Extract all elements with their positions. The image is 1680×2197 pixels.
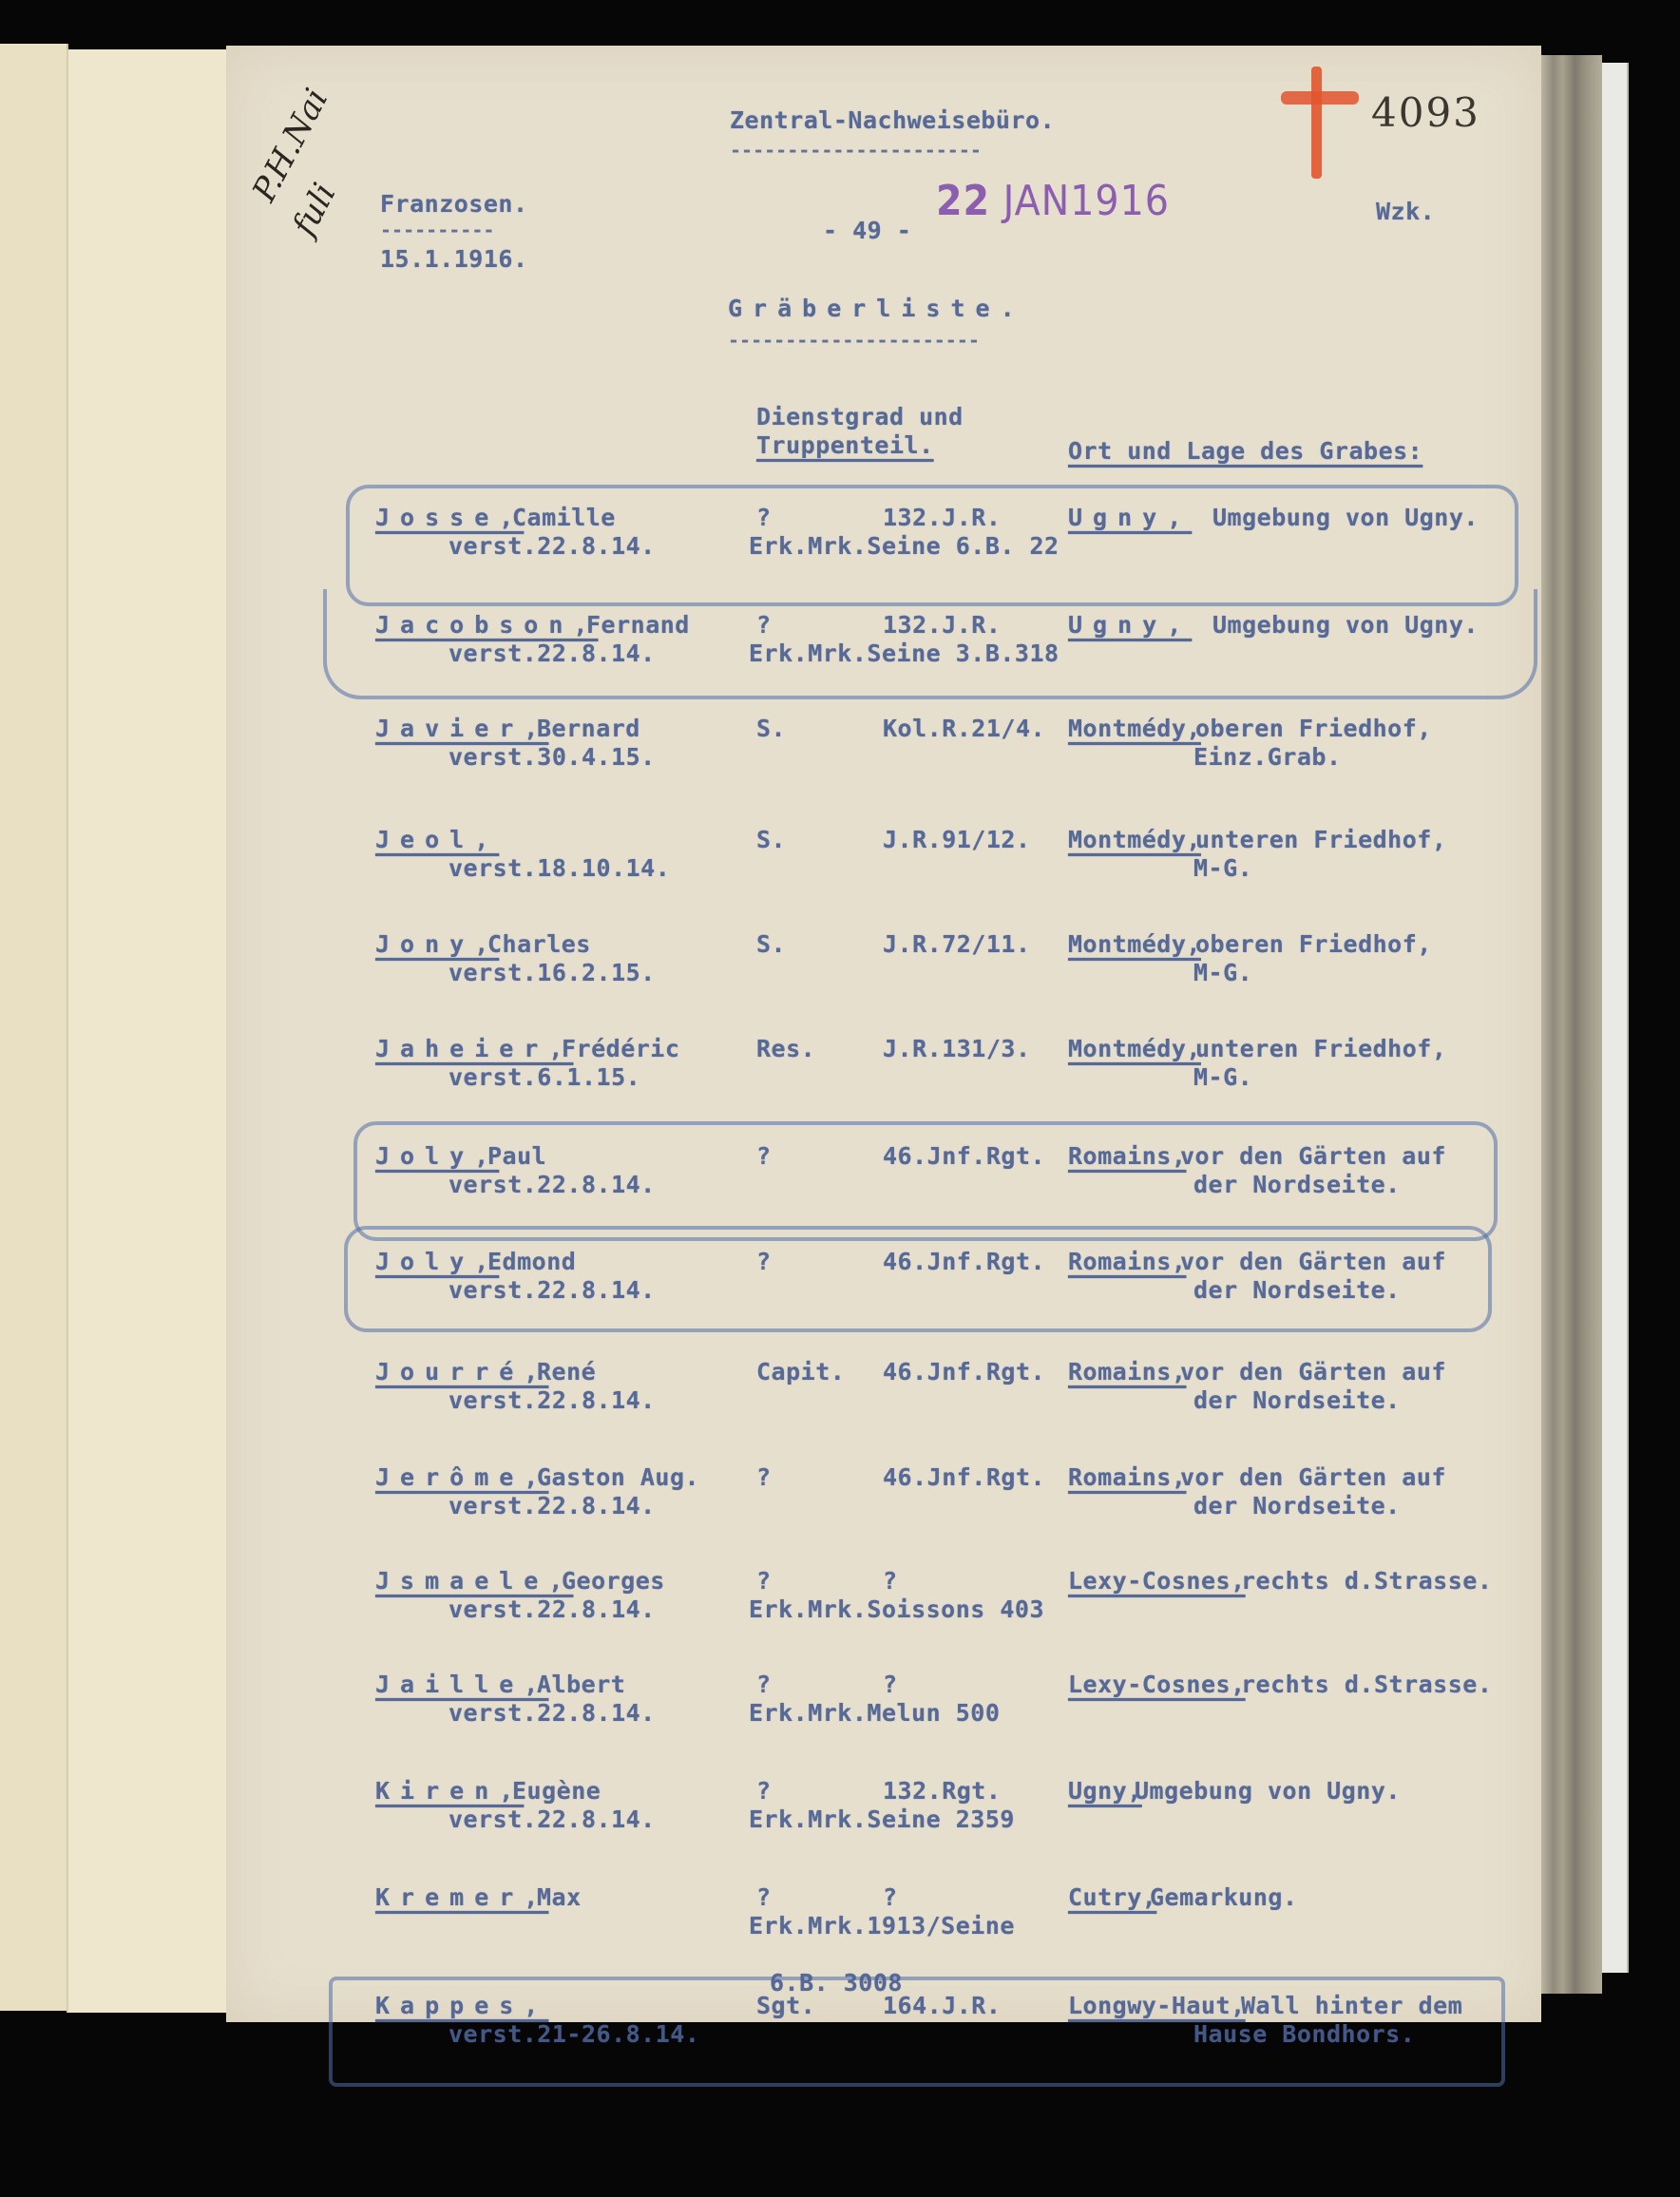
entry-unit: J.R.72/11. (883, 930, 1031, 958)
entry-surname: Joly, (375, 1248, 499, 1275)
entry-place-detail-2: der Nordseite. (1193, 1386, 1401, 1414)
entry-death-date: verst.22.8.14. (449, 532, 656, 560)
stamp-month-year: JAN1916 (1003, 177, 1170, 225)
entry-rank: ? (756, 504, 772, 531)
entry-place: Ugny, (1068, 1777, 1142, 1805)
stamp-day: 22 (936, 177, 990, 225)
entry-death-date: verst.22.8.14. (449, 1276, 656, 1304)
entry-surname: Jsmaele, (375, 1567, 573, 1595)
entry-place-detail: Gemarkung. (1150, 1883, 1298, 1911)
entry-place-detail-2: der Nordseite. (1193, 1492, 1401, 1519)
entry-identity-tag: Erk.Mrk.1913/Seine (749, 1912, 1015, 1939)
entry-place-detail: Umgebung von Ugny. (1135, 1777, 1401, 1805)
entry-unit: Kol.R.21/4. (883, 715, 1045, 742)
entry-place: Romains, (1068, 1142, 1186, 1170)
entry-place-detail-2: M-G. (1193, 1063, 1252, 1091)
entry-place-detail-2: der Nordseite. (1193, 1276, 1401, 1304)
page-stack-edge (1541, 55, 1602, 1994)
entry-unit: J.R.131/3. (883, 1035, 1031, 1062)
entry-unit: ? (883, 1671, 898, 1698)
entry-rank: ? (756, 1883, 772, 1911)
entry-unit: J.R.91/12. (883, 826, 1031, 853)
nationality-label: Franzosen. (380, 190, 528, 218)
entry-surname: Josse, (375, 504, 524, 531)
entry-place-detail: vor den Gärten auf (1180, 1358, 1446, 1385)
office-title-underline: ---------------------- (730, 139, 982, 162)
entry-death-date: verst.22.8.14. (449, 1171, 656, 1198)
entry-place: Cutry, (1068, 1883, 1156, 1911)
list-date: 15.1.1916. (380, 245, 528, 273)
entry-rank: ? (756, 1142, 772, 1170)
entry-rank: ? (756, 1463, 772, 1491)
entry-place-detail: Umgebung von Ugny. (1212, 611, 1479, 639)
archive-number: 4093 (1371, 89, 1480, 136)
entry-unit: 132.J.R. (883, 504, 1001, 531)
list-title-underline: ---------------------- (728, 329, 980, 352)
column-header-rank-unit-2: Truppenteil. (756, 431, 934, 459)
entry-death-date: verst.16.2.15. (449, 959, 656, 986)
entry-rank: S. (756, 930, 786, 958)
entry-unit: 46.Jnf.Rgt. (883, 1248, 1045, 1275)
entry-rank: ? (756, 611, 772, 639)
office-code: Wzk. (1376, 198, 1435, 225)
entry-place-detail: rechts d.Strasse. (1241, 1567, 1492, 1595)
entry-rank: ? (756, 1777, 772, 1805)
entry-rank: Sgt. (756, 1992, 815, 2019)
entry-identity-tag: Erk.Mrk.Seine 3.B.318 (749, 640, 1060, 667)
entry-place-detail: oberen Friedhof, (1195, 715, 1432, 742)
entry-place-detail: rechts d.Strasse. (1241, 1671, 1492, 1698)
entry-surname: Joly, (375, 1142, 499, 1170)
entry-given-name: Edmond (487, 1248, 576, 1275)
entry-place: Lexy-Cosnes, (1068, 1567, 1246, 1595)
entry-place: Montmédy, (1068, 826, 1201, 853)
entry-death-date: verst.21-26.8.14. (449, 2020, 699, 2048)
entry-place: Montmédy, (1068, 930, 1201, 958)
entry-surname: Kiren, (375, 1777, 524, 1805)
office-title: Zentral-Nachweisebüro. (730, 106, 1055, 134)
entry-place-detail: vor den Gärten auf (1180, 1142, 1446, 1170)
entry-place-detail-2: der Nordseite. (1193, 1171, 1401, 1198)
entry-death-date: verst.18.10.14. (449, 854, 670, 882)
red-cross-icon (1311, 67, 1322, 179)
entry-place: Romains, (1068, 1248, 1186, 1275)
entry-rank: S. (756, 715, 786, 742)
entry-unit: 164.J.R. (883, 1992, 1001, 2019)
entry-place-detail: Wall hinter dem (1241, 1992, 1462, 2019)
entry-unit: 46.Jnf.Rgt. (883, 1463, 1045, 1491)
nationality-underline: ---------- (380, 219, 494, 241)
entry-given-name: Albert (537, 1671, 625, 1698)
entry-surname: Jaille, (375, 1671, 548, 1698)
column-header-rank-unit-1: Dienstgrad und (756, 403, 964, 430)
page-marker: - 49 - (823, 217, 911, 244)
entry-place-detail-2: M-G. (1193, 854, 1252, 882)
entry-death-date: verst.22.8.14. (449, 1805, 656, 1833)
entry-surname: Javier, (375, 715, 548, 742)
entry-given-name: Paul (487, 1142, 546, 1170)
entry-given-name: Frédéric (562, 1035, 679, 1062)
entry-surname: Jaheier, (375, 1035, 573, 1062)
entry-place-detail-2: Einz.Grab. (1193, 743, 1342, 771)
entry-place: Longwy-Haut, (1068, 1992, 1246, 2019)
entry-unit: 132.J.R. (883, 611, 1001, 639)
entry-place: Romains, (1068, 1358, 1186, 1385)
entry-given-name: René (537, 1358, 596, 1385)
entry-death-date: verst.22.8.14. (449, 1595, 656, 1623)
entry-identity-tag: Erk.Mrk.Melun 500 (749, 1699, 1000, 1727)
entry-given-name: Max (537, 1883, 582, 1911)
entry-place-detail: vor den Gärten auf (1180, 1463, 1446, 1491)
red-cross-icon-bar (1281, 91, 1359, 105)
entry-death-date: verst.30.4.15. (449, 743, 656, 771)
list-title: Gräberliste. (728, 295, 1025, 322)
entry-place: Montmédy, (1068, 715, 1201, 742)
received-date-stamp: 22 JAN1916 (936, 177, 1170, 225)
entry-surname: Jacobson, (375, 611, 598, 639)
left-fold-page (67, 49, 230, 2013)
entry-death-date: verst.22.8.14. (449, 1492, 656, 1519)
entry-place: Ugny, (1068, 504, 1192, 531)
entry-given-name: Camille (512, 504, 616, 531)
entry-place: Lexy-Cosnes, (1068, 1671, 1246, 1698)
entry-place-detail: unteren Friedhof, (1195, 826, 1446, 853)
entry-surname: Kappes, (375, 1992, 548, 2019)
entry-rank: ? (756, 1567, 772, 1595)
entry-rank: Capit. (756, 1358, 845, 1385)
entry-given-name: Charles (487, 930, 591, 958)
entry-unit: 46.Jnf.Rgt. (883, 1358, 1045, 1385)
entry-surname: Jony, (375, 930, 499, 958)
entry-death-date: verst.6.1.15. (449, 1063, 640, 1091)
entry-unit: 46.Jnf.Rgt. (883, 1142, 1045, 1170)
entry-place-detail: unteren Friedhof, (1195, 1035, 1446, 1062)
entry-place: Romains, (1068, 1463, 1186, 1491)
entry-unit: ? (883, 1883, 898, 1911)
entry-place-detail: vor den Gärten auf (1180, 1248, 1446, 1275)
entry-unit: 132.Rgt. (883, 1777, 1001, 1805)
entry-place-detail-2: Hause Bondhors. (1193, 2020, 1415, 2048)
entry-surname: Jeol, (375, 826, 499, 853)
entry-place-detail: oberen Friedhof, (1195, 930, 1432, 958)
entry-surname: Jourré, (375, 1358, 548, 1385)
entry-identity-tag: Erk.Mrk.Soissons 403 (749, 1595, 1044, 1623)
entry-given-name: Georges (562, 1567, 665, 1595)
column-header-location: Ort und Lage des Grabes: (1068, 437, 1422, 465)
book-cover-board (1602, 63, 1629, 1973)
entry-rank: Res. (756, 1035, 815, 1062)
entry-rank: ? (756, 1248, 772, 1275)
entry-place: Ugny, (1068, 611, 1192, 639)
entry-given-name: Gaston Aug. (537, 1463, 699, 1491)
entry-place-detail: Umgebung von Ugny. (1212, 504, 1479, 531)
entry-surname: Jerôme, (375, 1463, 548, 1491)
entry-given-name: Eugène (512, 1777, 601, 1805)
entry-identity-tag: Erk.Mrk.Seine 6.B. 22 (749, 532, 1060, 560)
entry-place: Montmédy, (1068, 1035, 1201, 1062)
entry-death-date: verst.22.8.14. (449, 1699, 656, 1727)
entry-given-name: Bernard (537, 715, 640, 742)
entry-death-date: verst.22.8.14. (449, 1386, 656, 1414)
entry-place-detail-2: M-G. (1193, 959, 1252, 986)
entry-surname: Kremer, (375, 1883, 548, 1911)
entry-identity-tag: Erk.Mrk.Seine 2359 (749, 1805, 1015, 1833)
entry-rank: ? (756, 1671, 772, 1698)
entry-rank: S. (756, 826, 786, 853)
entry-given-name: Fernand (586, 611, 690, 639)
left-page-edge (0, 44, 68, 2011)
entry-death-date: verst.22.8.14. (449, 640, 656, 667)
entry-unit: ? (883, 1567, 898, 1595)
